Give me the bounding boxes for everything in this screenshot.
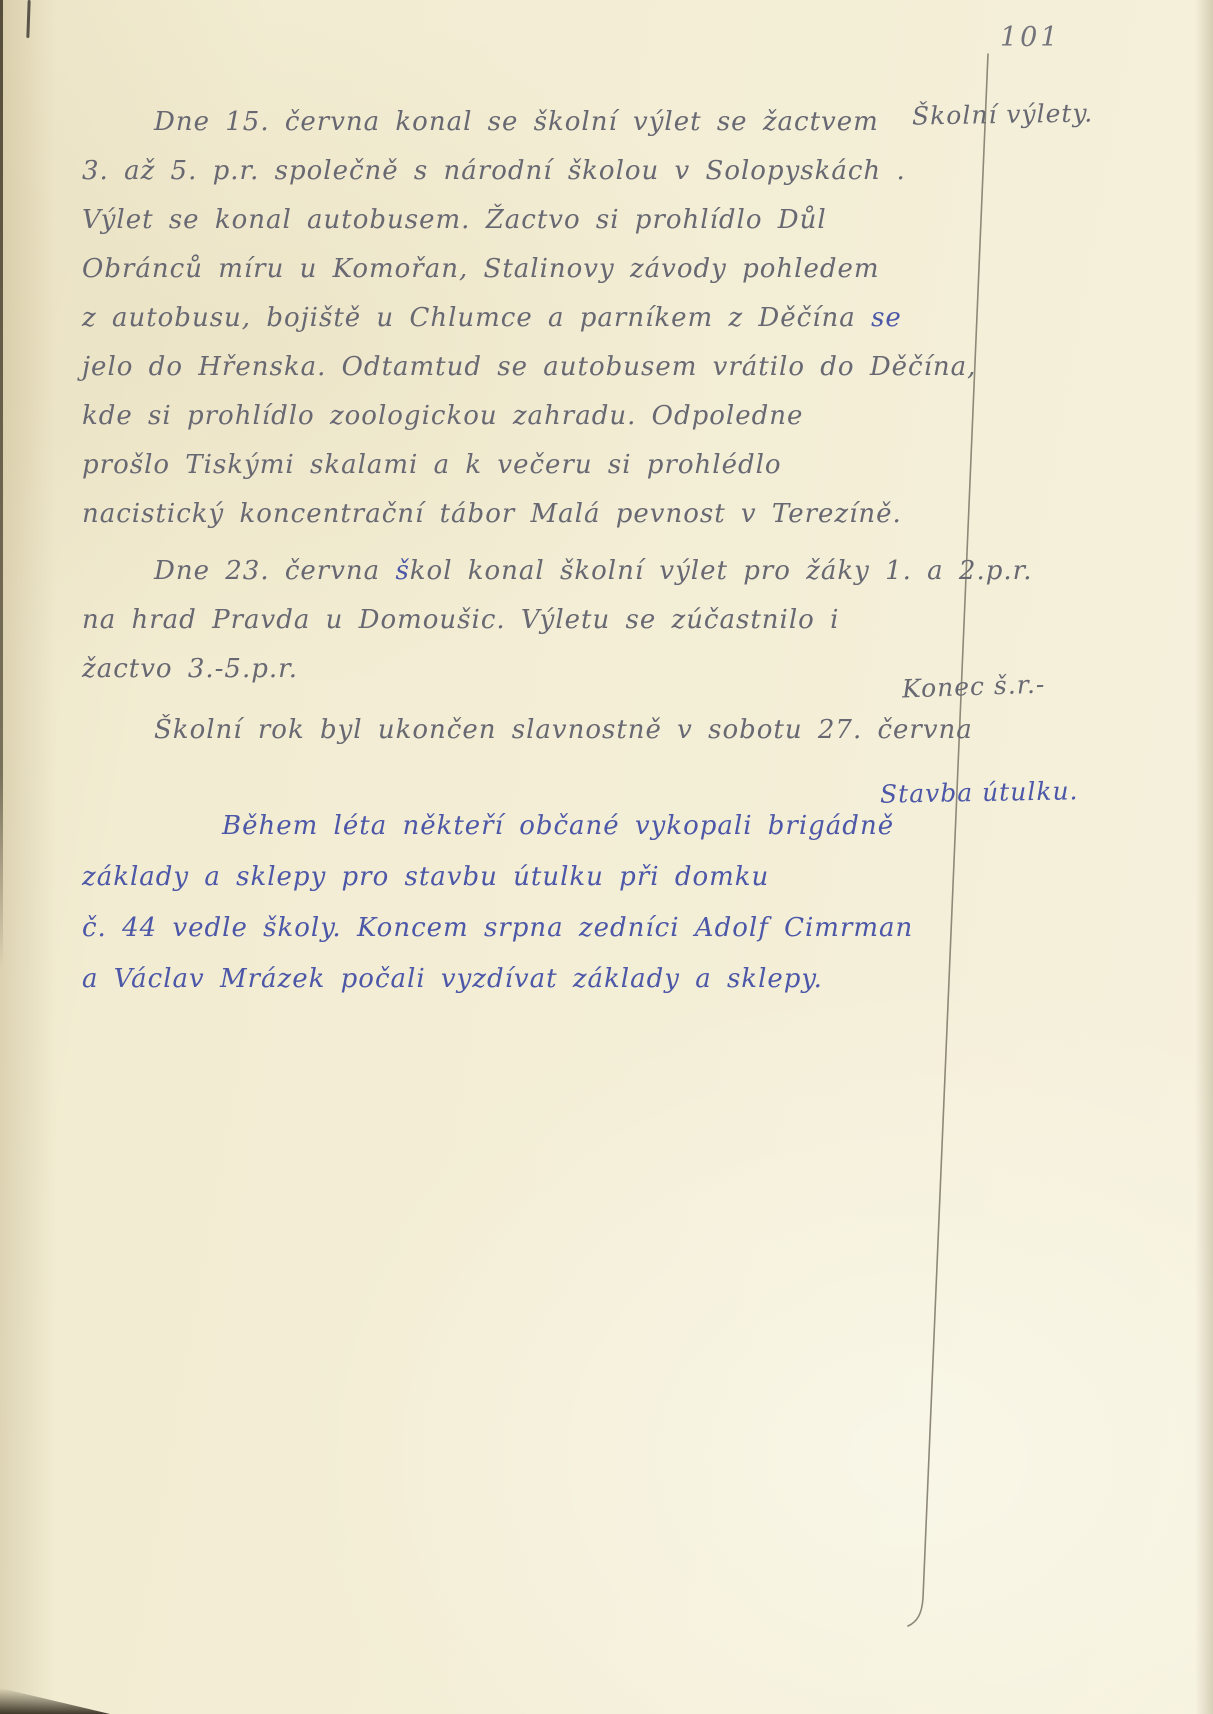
body-line-text: Dne 23. června <box>154 556 395 586</box>
body-line: prošlo Tiskými skalami a k večeru si pro… <box>82 441 910 490</box>
body-line: Během léta někteří občané vykopali brigá… <box>82 801 910 852</box>
margin-note-end-of-school-year: Konec š.r.- <box>902 670 1046 704</box>
body-line-text: kol konal školní výlet pro žáky 1. a 2.p… <box>410 556 1033 586</box>
right-edge-shading <box>1195 0 1213 1714</box>
body-line: a Václav Mrázek počali vyzdívat základy … <box>82 954 910 1005</box>
body-line: jelo do Hřenska. Odtamtud se autobusem v… <box>82 343 910 392</box>
blue-ink-correction: š <box>395 556 409 586</box>
paragraph-second-trip: Dne 23. června škol konal školní výlet p… <box>82 547 910 694</box>
body-line: nacistický koncentrační tábor Malá pevno… <box>82 490 910 539</box>
paragraph-shelter-construction: Během léta někteří občané vykopali brigá… <box>82 801 910 1005</box>
body-line: na hrad Pravda u Domoušic. Výletu se zúč… <box>82 596 910 645</box>
body-line: Obránců míru u Komořan, Stalinovy závody… <box>82 245 910 294</box>
chronicle-body-text: Dne 15. června konal se školní výlet se … <box>82 98 910 1005</box>
body-line: č. 44 vedle školy. Koncem srpna zedníci … <box>82 903 910 954</box>
margin-note-shelter-construction: Stavba útulku. <box>880 776 1079 808</box>
left-binding-edge-line <box>0 0 3 968</box>
body-line: kde si prohlídlo zoologickou zahradu. Od… <box>82 392 910 441</box>
body-line: Dne 23. června škol konal školní výlet p… <box>82 547 910 596</box>
body-line: žactvo 3.-5.p.r. <box>82 645 910 694</box>
margin-note-school-trips: Školní výlety. <box>912 98 1094 130</box>
paragraph-school-trips: Dne 15. června konal se školní výlet se … <box>82 98 910 539</box>
body-line: Výlet se konal autobusem. Žactvo si proh… <box>82 196 910 245</box>
blue-ink-correction: se <box>871 303 902 333</box>
body-line: Dne 15. června konal se školní výlet se … <box>82 98 910 147</box>
body-line: základy a sklepy pro stavbu útulku při d… <box>82 852 910 903</box>
body-line-text: z autobusu, bojiště u Chlumce a parníkem… <box>82 303 871 333</box>
chronicle-scanned-page: 101 Dne 15. června konal se školní výlet… <box>0 0 1213 1714</box>
body-line: Školní rok byl ukončen slavnostně v sobo… <box>82 706 910 755</box>
left-edge-shading <box>0 0 56 1714</box>
page-number: 101 <box>1000 22 1061 53</box>
paragraph-end-of-year: Školní rok byl ukončen slavnostně v sobo… <box>82 706 910 755</box>
body-line: z autobusu, bojiště u Chlumce a parníkem… <box>82 294 910 343</box>
body-line: 3. až 5. p.r. společně s národní školou … <box>82 147 910 196</box>
